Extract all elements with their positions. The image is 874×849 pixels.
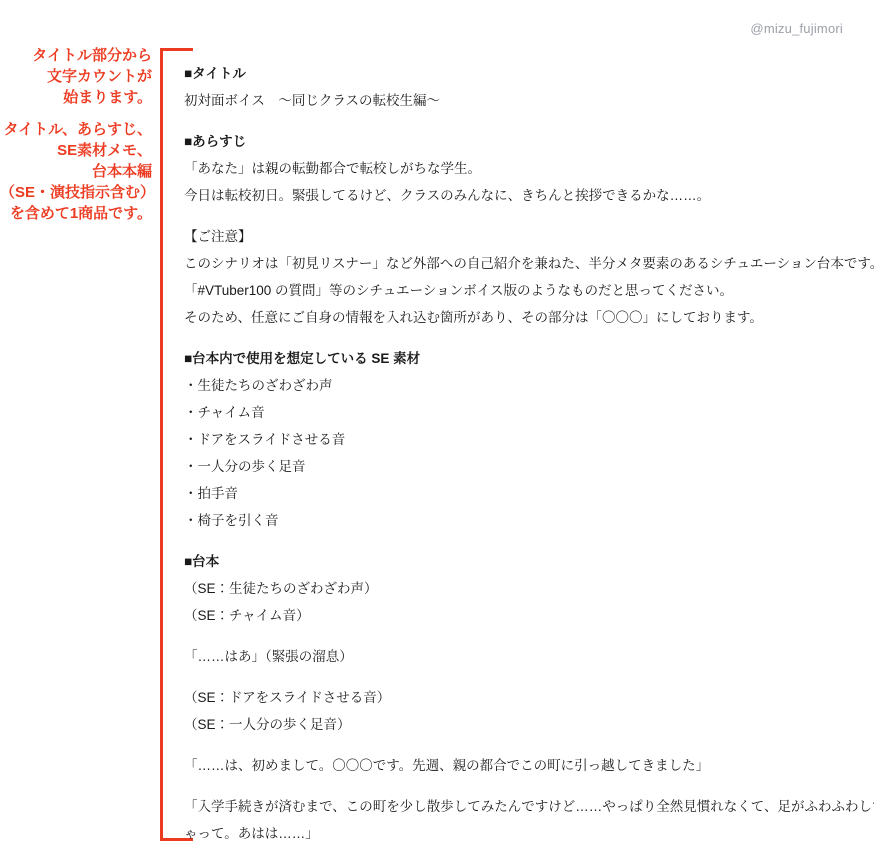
script-line: 今日は転校初日。緊張してるけど、クラスのみんなに、きちんと挨拶できるかな……。 (184, 182, 872, 209)
line-spacer (184, 534, 872, 548)
watermark: @mizu_fujimori (750, 21, 843, 36)
script-line: （SE：生徒たちのざわざわ声） (184, 575, 872, 602)
script-line: 【ご注意】 (184, 223, 872, 250)
script-line: （SE：ドアをスライドさせる音） (184, 684, 872, 711)
line-spacer (184, 629, 872, 643)
annotation-line: （SE・演技指示含む） (0, 182, 152, 203)
script-line: 初対面ボイス ～同じクラスの転校生編～ (184, 87, 872, 114)
script-line: ・チャイム音 (184, 399, 872, 426)
script-line: 「……はあ」（緊張の溜息） (184, 643, 872, 670)
script-line: （SE：チャイム音） (184, 602, 872, 629)
annotation-line: を含めて1商品です。 (0, 203, 152, 224)
section-heading: ■タイトル (184, 60, 872, 87)
annotation-line: 始まります。 (0, 87, 152, 108)
script-line: ・拍手音 (184, 480, 872, 507)
script-line: 「……は、初めまして。〇〇〇です。先週、親の都合でこの町に引っ越してきました」 (184, 752, 872, 779)
line-spacer (184, 209, 872, 223)
section-heading: ■あらすじ (184, 128, 872, 155)
script-line: このシナリオは「初見リスナー」など外部への自己紹介を兼ねた、半分メタ要素のあるシ… (184, 250, 872, 277)
script-line: ゃって。あはは……」 (184, 820, 872, 847)
annotation-line: タイトル部分から (0, 45, 152, 66)
script-line: ・ドアをスライドさせる音 (184, 426, 872, 453)
script-line: ・一人分の歩く足音 (184, 453, 872, 480)
line-spacer (184, 331, 872, 345)
annotation-line: 台本本編 (0, 161, 152, 182)
script-document: ■タイトル初対面ボイス ～同じクラスの転校生編～■あらすじ「あなた」は親の転勤都… (184, 60, 872, 847)
annotation-line: 文字カウントが (0, 66, 152, 87)
annotation-line: タイトル、あらすじ、 (0, 119, 152, 140)
annotation-line: SE素材メモ、 (0, 140, 152, 161)
section-heading: ■台本 (184, 548, 872, 575)
script-line: そのため、任意にご自身の情報を入れ込む箇所があり、その部分は「〇〇〇」にしており… (184, 304, 872, 331)
line-spacer (184, 779, 872, 793)
section-heading: ■台本内で使用を想定している SE 素材 (184, 345, 872, 372)
script-line: ・生徒たちのざわざわ声 (184, 372, 872, 399)
line-spacer (184, 670, 872, 684)
page: @mizu_fujimori タイトル部分から文字カウントが始まります。タイトル… (0, 0, 874, 849)
script-line: ・椅子を引く音 (184, 507, 872, 534)
script-line: 「#VTuber100 の質問」等のシチュエーションボイス版のようなものだと思っ… (184, 277, 872, 304)
annotation-gap (0, 108, 152, 119)
script-line: 「入学手続きが済むまで、この町を少し散歩してみたんですけど……やっぱり全然見慣れ… (184, 793, 872, 820)
annotation-note: タイトル部分から文字カウントが始まります。タイトル、あらすじ、SE素材メモ、台本… (0, 45, 152, 224)
line-spacer (184, 738, 872, 752)
script-line: 「あなた」は親の転勤都合で転校しがちな学生。 (184, 155, 872, 182)
line-spacer (184, 114, 872, 128)
script-line: （SE：一人分の歩く足音） (184, 711, 872, 738)
